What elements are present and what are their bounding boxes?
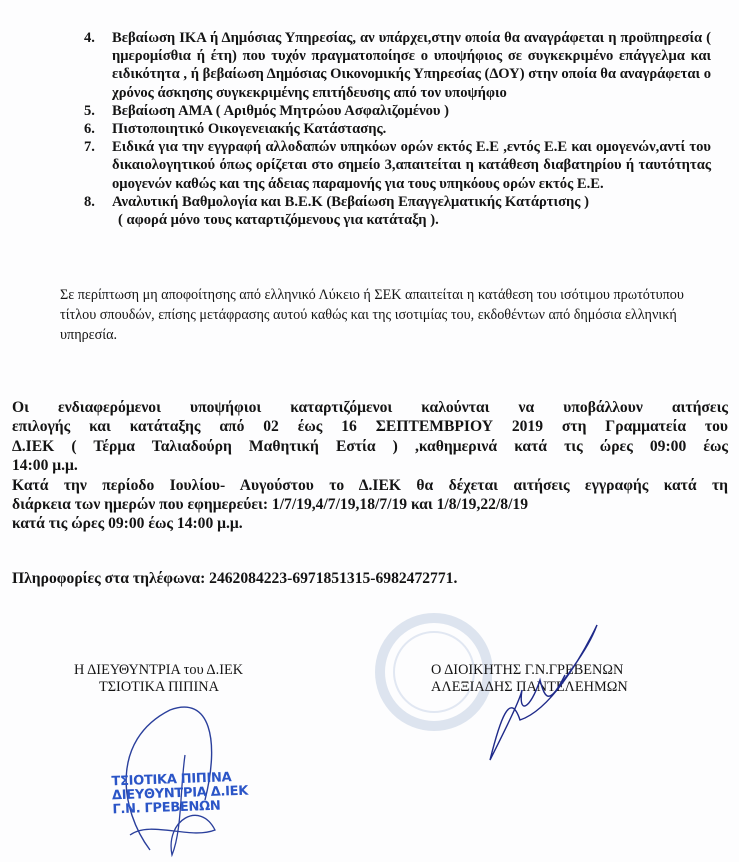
- list-text: Πιστοποιητικό Οικογενειακής Κατάστασης.: [112, 121, 386, 137]
- list-number: 8.: [84, 193, 95, 211]
- list-text: Ειδικά για την εγγραφή αλλοδαπών υπηκόων…: [112, 139, 711, 191]
- director-stamp: ΤΣΙΟΤΙΚΑ ΠΙΠΙΝΑ ΔΙΕΥΘΥΝΤΡΙΑ Δ.ΙΕΚ Γ.Ν. Γ…: [111, 771, 248, 818]
- list-item: 7. Ειδικά για την εγγραφή αλλοδαπών υπηκ…: [84, 138, 711, 193]
- phone-info: Πληροφορίες στα τηλέφωνα: 2462084223-697…: [12, 570, 457, 588]
- administrator-name: ΑΛΕΞΙΑΔΗΣ ΠΑΝΤΕΛΕΗΜΩΝ: [431, 679, 628, 696]
- list-text: Αναλυτική Βαθμολογία και Β.Ε.Κ (Βεβαίωση…: [112, 194, 589, 210]
- list-text: Βεβαίωση ΙΚΑ ή Δημόσιας Υπηρεσίας, αν υπ…: [112, 30, 711, 101]
- list-item: 4. Βεβαίωση ΙΚΑ ή Δημόσιας Υπηρεσίας, αν…: [84, 29, 711, 102]
- director-signature-block: Η ΔΙΕΥΘΥΝΤΡΙΑ του Δ.ΙΕΚ ΤΣΙΟΤΙΚΑ ΠΙΠΙΝΑ: [74, 662, 243, 696]
- director-title: Η ΔΙΕΥΘΥΝΤΡΙΑ του Δ.ΙΕΚ: [74, 662, 243, 678]
- announcement-line: 14:00 μ.μ.: [12, 456, 728, 475]
- announcement-line: επιλογής και κατάταξης από 02 έως 16 ΣΕΠ…: [12, 417, 728, 436]
- administrator-title: Ο ΔΙΟΙΚΗΤΗΣ Γ.Ν.ΓΡΕΒΕΝΩΝ: [431, 662, 628, 679]
- list-subtext: ( αφορά μόνο τους καταρτιζόμενους για κα…: [112, 211, 711, 229]
- list-number: 5.: [84, 102, 95, 120]
- list-item: 5. Βεβαίωση ΑΜΑ ( Αριθμός Μητρώου Ασφαλι…: [84, 102, 711, 120]
- list-number: 6.: [84, 120, 95, 138]
- requirements-list: 4. Βεβαίωση ΙΚΑ ή Δημόσιας Υπηρεσίας, αν…: [84, 29, 711, 229]
- administrator-signature-block: Ο ΔΙΟΙΚΗΤΗΣ Γ.Ν.ΓΡΕΒΕΝΩΝ ΑΛΕΞΙΑΔΗΣ ΠΑΝΤΕ…: [431, 662, 628, 696]
- list-number: 4.: [84, 29, 95, 47]
- announcement-line: διάρκεια των ημερών που εφημερεύει: 1/7/…: [12, 495, 728, 514]
- announcement-line: κατά τις ώρες 09:00 έως 14:00 μ.μ.: [12, 514, 728, 533]
- director-name: ΤΣΙΟΤΙΚΑ ΠΙΠΙΝΑ: [74, 679, 243, 696]
- list-item: 6. Πιστοποιητικό Οικογενειακής Κατάσταση…: [84, 120, 711, 138]
- announcement-line: Κατά την περίοδο Ιουλίου- Αυγούστου το Δ…: [12, 476, 728, 495]
- announcement-paragraph: Οι ενδιαφερόμενοι υποψήφιοι καταρτιζόμεν…: [12, 398, 728, 534]
- announcement-line: Οι ενδιαφερόμενοι υποψήφιοι καταρτιζόμεν…: [12, 398, 728, 417]
- equivalence-note: Σε περίπτωση μη αποφοίτησης από ελληνικό…: [60, 285, 720, 345]
- list-number: 7.: [84, 138, 95, 156]
- announcement-line: Δ.ΙΕΚ ( Τέρμα Ταλιαδούρη Μαθητική Εστία …: [12, 437, 728, 456]
- list-item: 8. Αναλυτική Βαθμολογία και Β.Ε.Κ (Βεβαί…: [84, 193, 711, 229]
- list-text: Βεβαίωση ΑΜΑ ( Αριθμός Μητρώου Ασφαλιζομ…: [112, 103, 449, 119]
- stamp-line: Γ.Ν. ΓΡΕΒΕΝΩΝ: [112, 799, 248, 818]
